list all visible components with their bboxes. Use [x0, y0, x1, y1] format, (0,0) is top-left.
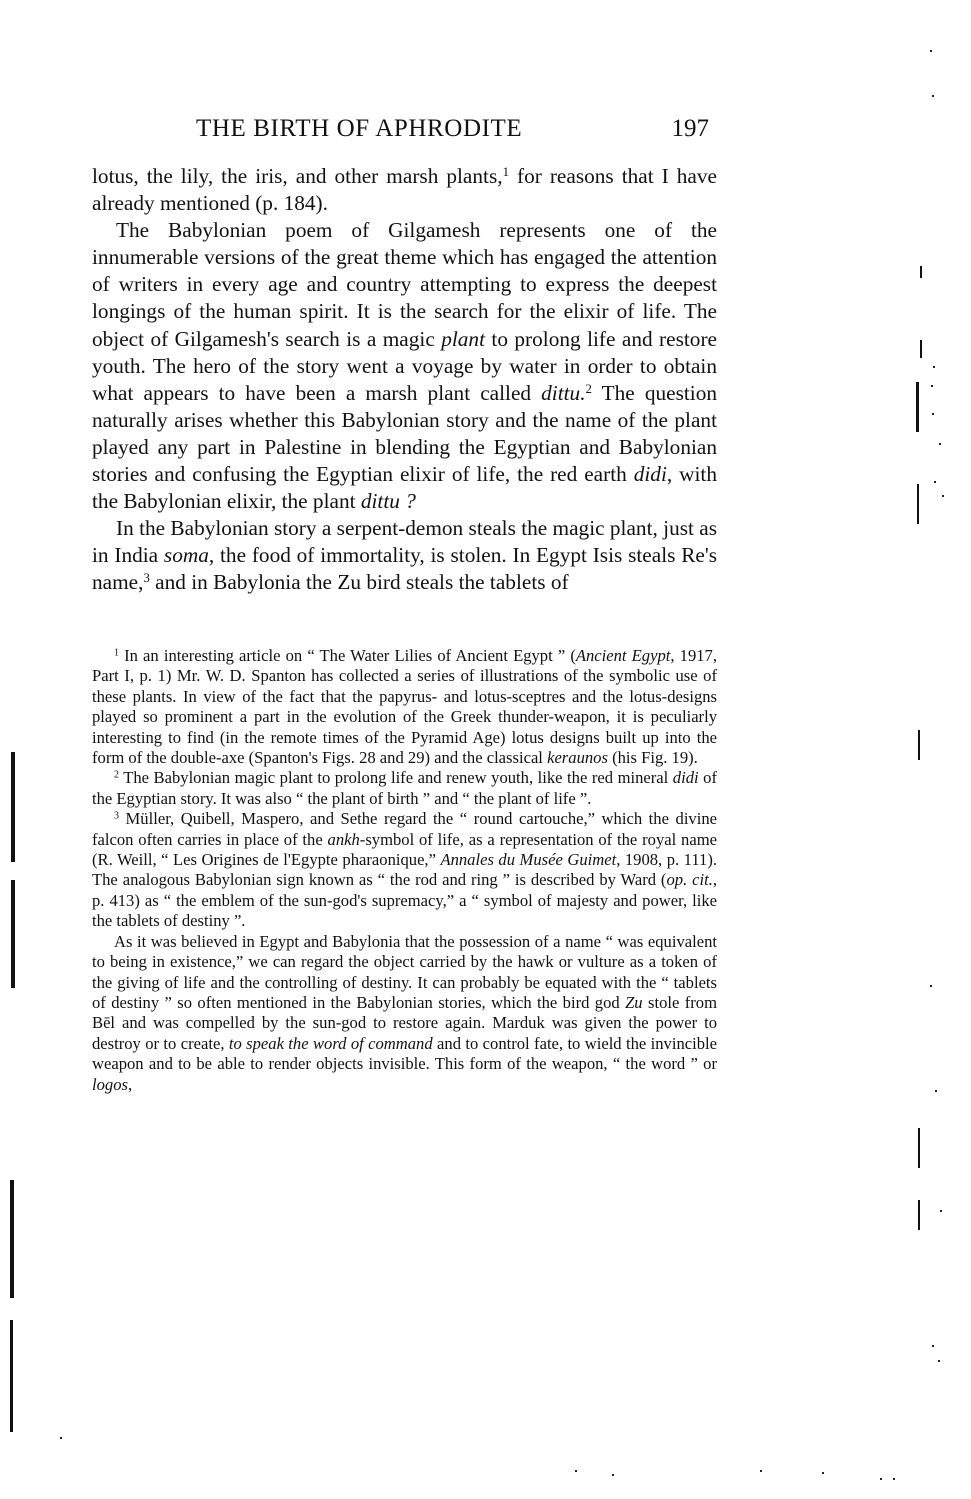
italic-text: Zu [625, 993, 643, 1012]
italic-text: plant [441, 327, 485, 351]
italic-text: Ancient Egypt [576, 646, 671, 665]
footnote-1: 1 In an interesting article on “ The Wat… [92, 646, 717, 768]
scan-speck [760, 1470, 762, 1472]
scan-artifact-right-mark [920, 340, 922, 358]
scan-speck [942, 495, 944, 497]
scan-artifact-right-mark [917, 484, 919, 524]
scan-speck [575, 1470, 577, 1472]
italic-text: didi [634, 462, 667, 486]
scan-speck [940, 1210, 942, 1212]
italic-text: keraunos [547, 748, 608, 767]
scan-artifact-left-mark [10, 1180, 14, 1298]
paragraph: lotus, the lily, the iris, and other mar… [92, 163, 717, 217]
italic-text: op. cit. [666, 870, 712, 889]
footnote-2: 2 The Babylonian magic plant to prolong … [92, 768, 717, 809]
scan-artifact-right-mark [918, 1200, 920, 1230]
footnotes: 1 In an interesting article on “ The Wat… [92, 646, 717, 1095]
scan-artifact-right-mark [918, 1128, 920, 1168]
running-title: THE BIRTH OF APHRODITE [196, 115, 522, 143]
scan-speck [932, 413, 934, 415]
paragraph: In the Babylonian story a serpent-demon … [92, 515, 717, 596]
scan-artifact-left-mark [10, 1320, 13, 1432]
paragraph: The Babylonian poem of Gilgamesh represe… [92, 217, 717, 515]
scan-speck [939, 443, 941, 445]
footnote-3-continuation: As it was believed in Egypt and Babyloni… [92, 932, 717, 1095]
scan-speck [930, 50, 932, 52]
italic-text: didi [673, 768, 699, 787]
italic-text: ankh [328, 830, 360, 849]
scan-speck [612, 1474, 614, 1476]
scan-speck [932, 95, 934, 97]
scan-artifact-right-mark [918, 730, 920, 760]
italic-text: logos [92, 1075, 128, 1094]
footnote-marker: 1 [503, 165, 509, 179]
footnote-marker: 2 [586, 382, 592, 396]
footnote-marker: 3 [143, 571, 149, 585]
scan-speck [933, 366, 935, 368]
italic-text: to speak the word of command [229, 1034, 433, 1053]
footnote-marker: 1 [114, 648, 119, 659]
scan-speck [934, 481, 936, 483]
scan-speck [935, 1090, 937, 1092]
scan-artifact-left-mark [11, 880, 15, 988]
scan-artifact-right-mark [916, 382, 919, 432]
italic-text: dittu. [541, 381, 585, 405]
scan-speck [931, 385, 933, 387]
body-text: lotus, the lily, the iris, and other mar… [92, 163, 717, 597]
running-head: THE BIRTH OF APHRODITE 197 [92, 115, 717, 145]
scan-speck [932, 1345, 934, 1347]
footnote-3: 3 Müller, Quibell, Maspero, and Sethe re… [92, 809, 717, 931]
scan-artifact-left-mark [11, 752, 15, 862]
book-page: THE BIRTH OF APHRODITE 197 lotus, the li… [0, 0, 971, 1499]
footnote-marker: 3 [114, 811, 119, 822]
italic-text: Annales du Musée Guimet [440, 850, 616, 869]
page-number: 197 [672, 115, 710, 143]
scan-speck [938, 1360, 940, 1362]
italic-text: dittu ? [361, 489, 416, 513]
scan-artifact-right-mark [920, 266, 922, 278]
scan-speck [930, 985, 932, 987]
scan-speck [893, 1478, 895, 1480]
scan-speck [822, 1472, 824, 1474]
scan-speck [60, 1437, 62, 1439]
italic-text: soma [164, 543, 209, 567]
footnote-marker: 2 [114, 770, 119, 781]
scan-speck [880, 1478, 882, 1480]
